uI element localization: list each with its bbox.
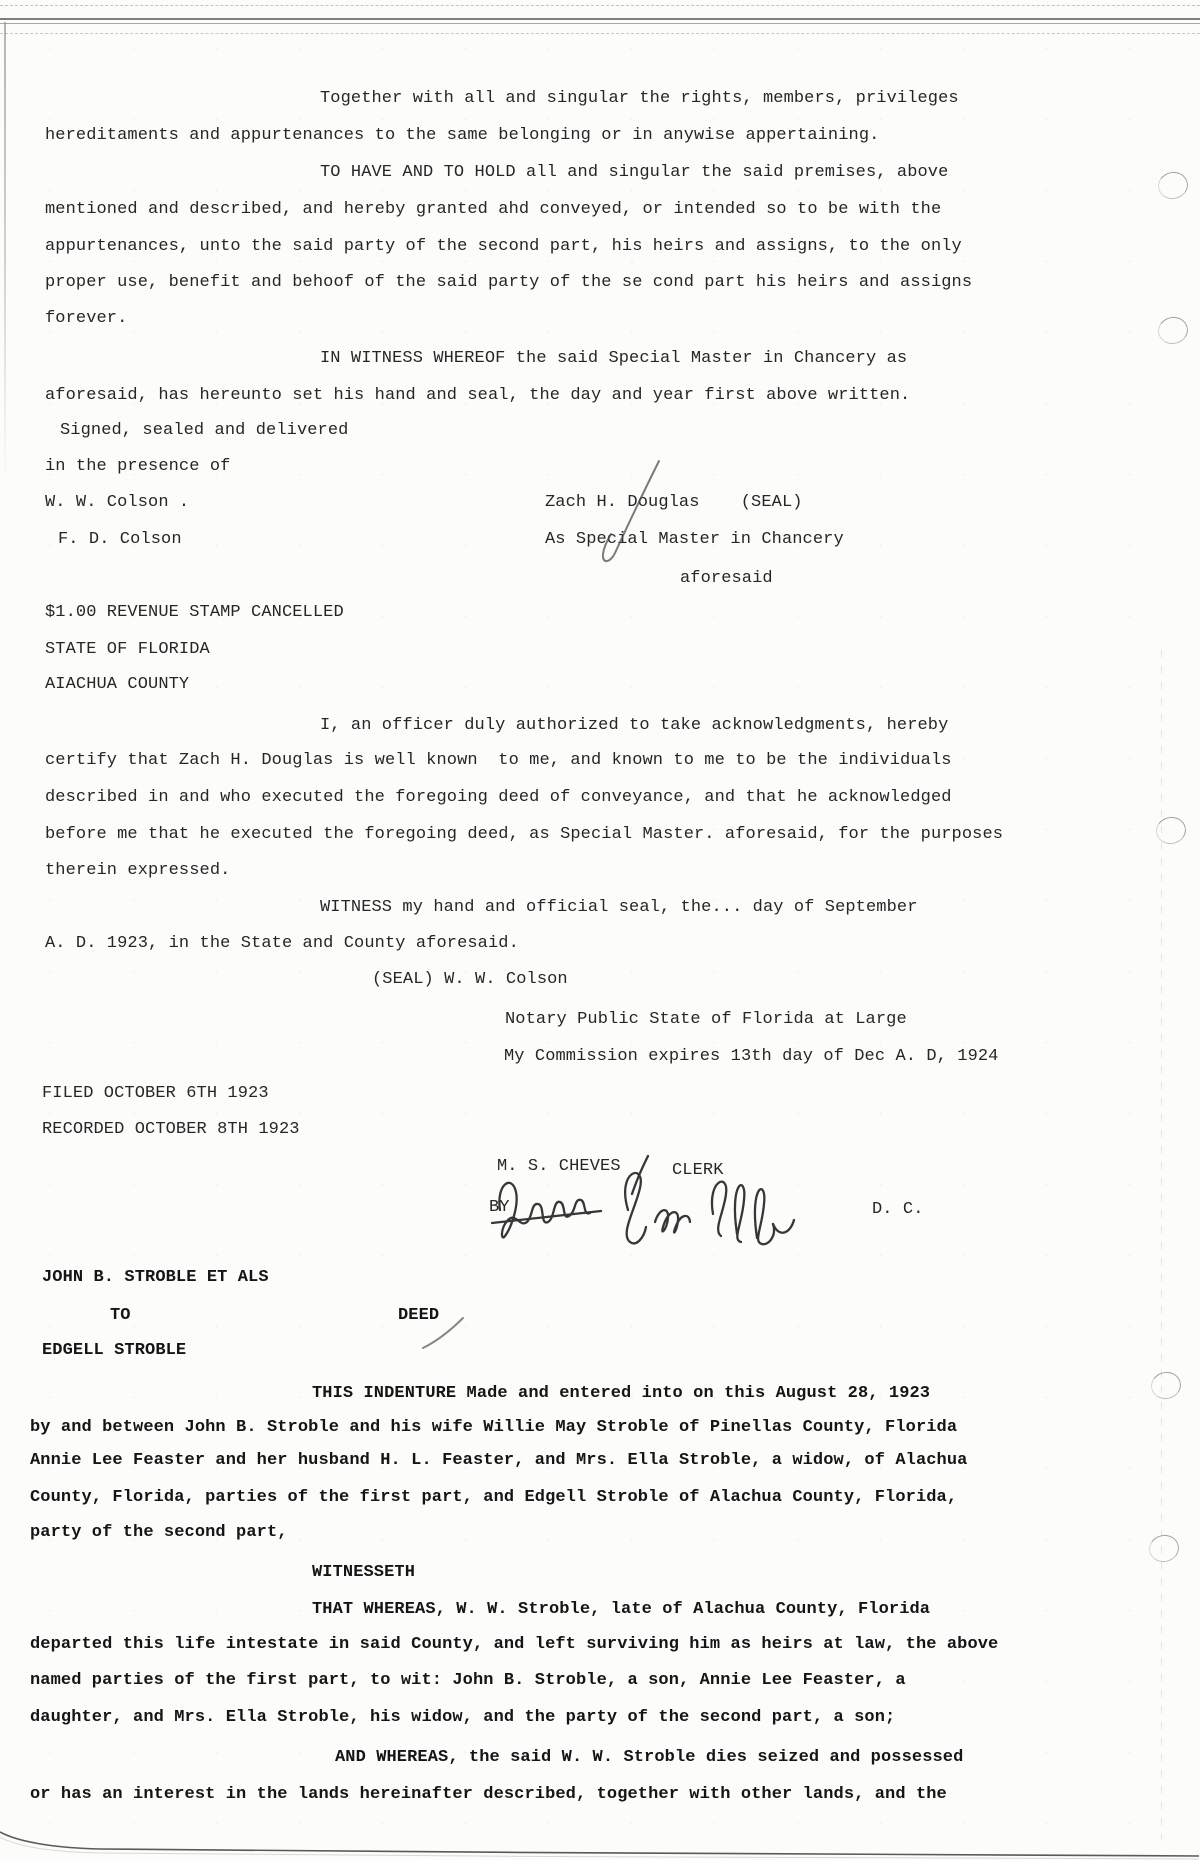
- text-line: aforesaid, has hereunto set his hand and…: [45, 385, 910, 406]
- text-line: F. D. Colson: [58, 529, 182, 550]
- text-line: TO: [110, 1305, 131, 1326]
- binder-ring-mark: [1147, 1532, 1182, 1565]
- text-line: party of the second part,: [30, 1522, 288, 1543]
- page-left-edge-line: [4, 22, 6, 482]
- text-line: mentioned and described, and hereby gran…: [45, 199, 941, 220]
- text-line: W. W. Colson .: [45, 492, 189, 513]
- text-line: Signed, sealed and delivered: [60, 420, 348, 441]
- text-line: IN WITNESS WHEREOF the said Special Mast…: [320, 348, 907, 369]
- binder-ring-mark: [1154, 814, 1189, 847]
- text-line: THIS INDENTURE Made and entered into on …: [312, 1383, 930, 1404]
- text-line: RECORDED OCTOBER 8TH 1923: [42, 1119, 300, 1140]
- text-line: by and between John B. Stroble and his w…: [30, 1417, 957, 1438]
- scan-edge-line: [0, 5, 1200, 6]
- text-line: County, Florida, parties of the first pa…: [30, 1487, 957, 1508]
- text-line: forever.: [45, 308, 127, 329]
- text-line: or has an interest in the lands hereinaf…: [30, 1784, 947, 1805]
- text-line: THAT WHEREAS, W. W. Stroble, late of Ala…: [312, 1599, 930, 1620]
- text-line: (SEAL) W. W. Colson: [372, 969, 568, 990]
- scan-edge-line: [0, 23, 1200, 24]
- text-line: before me that he executed the foregoing…: [45, 824, 1003, 845]
- text-line: proper use, benefit and behoof of the sa…: [45, 272, 972, 293]
- pencil-checkmark-icon: [575, 455, 675, 575]
- text-line: hereditaments and appurtenances to the s…: [45, 125, 879, 146]
- binder-ring-mark: [1156, 314, 1191, 347]
- scanned-deed-page: Together with all and singular the right…: [0, 0, 1200, 1860]
- text-line: WITNESSETH: [312, 1562, 415, 1583]
- text-line: EDGELL STROBLE: [42, 1340, 186, 1361]
- text-line: A. D. 1923, in the State and County afor…: [45, 933, 519, 954]
- text-line: FILED OCTOBER 6TH 1923: [42, 1083, 269, 1104]
- text-line: $1.00 REVENUE STAMP CANCELLED: [45, 602, 344, 623]
- text-line: AND WHEREAS, the said W. W. Stroble dies…: [335, 1747, 963, 1768]
- text-line: D. C.: [872, 1199, 924, 1220]
- clerk-signature: [470, 1148, 830, 1260]
- scan-edge-line: [0, 33, 1200, 34]
- text-line: named parties of the first part, to wit:…: [30, 1670, 906, 1691]
- binder-ring-mark: [1149, 1369, 1184, 1402]
- text-line: certify that Zach H. Douglas is well kno…: [45, 750, 952, 771]
- text-line: therein expressed.: [45, 860, 230, 881]
- text-line: aforesaid: [680, 568, 773, 589]
- text-line: appurtenances, unto the said party of th…: [45, 236, 962, 257]
- binder-ring-mark: [1156, 169, 1191, 202]
- text-line: daughter, and Mrs. Ella Stroble, his wid…: [30, 1707, 895, 1728]
- text-line: AIACHUA COUNTY: [45, 674, 189, 695]
- text-line: JOHN B. STROBLE ET ALS: [42, 1267, 269, 1288]
- page-bottom-edge-curve: [0, 1820, 1200, 1860]
- text-line: My Commission expires 13th day of Dec A.…: [504, 1046, 998, 1067]
- text-line: described in and who executed the forego…: [45, 787, 952, 808]
- pencil-tick-icon: [415, 1312, 470, 1357]
- text-line: in the presence of: [45, 456, 230, 477]
- text-line: I, an officer duly authorized to take ac…: [320, 715, 948, 736]
- scan-edge-line: [0, 18, 1200, 20]
- text-line: STATE OF FLORIDA: [45, 639, 210, 660]
- text-line: TO HAVE AND TO HOLD all and singular the…: [320, 162, 948, 183]
- text-line: Annie Lee Feaster and her husband H. L. …: [30, 1450, 967, 1471]
- text-line: Together with all and singular the right…: [320, 88, 959, 109]
- text-line: departed this life intestate in said Cou…: [30, 1634, 998, 1655]
- text-line: Notary Public State of Florida at Large: [505, 1009, 907, 1030]
- text-line: WITNESS my hand and official seal, the..…: [320, 897, 918, 918]
